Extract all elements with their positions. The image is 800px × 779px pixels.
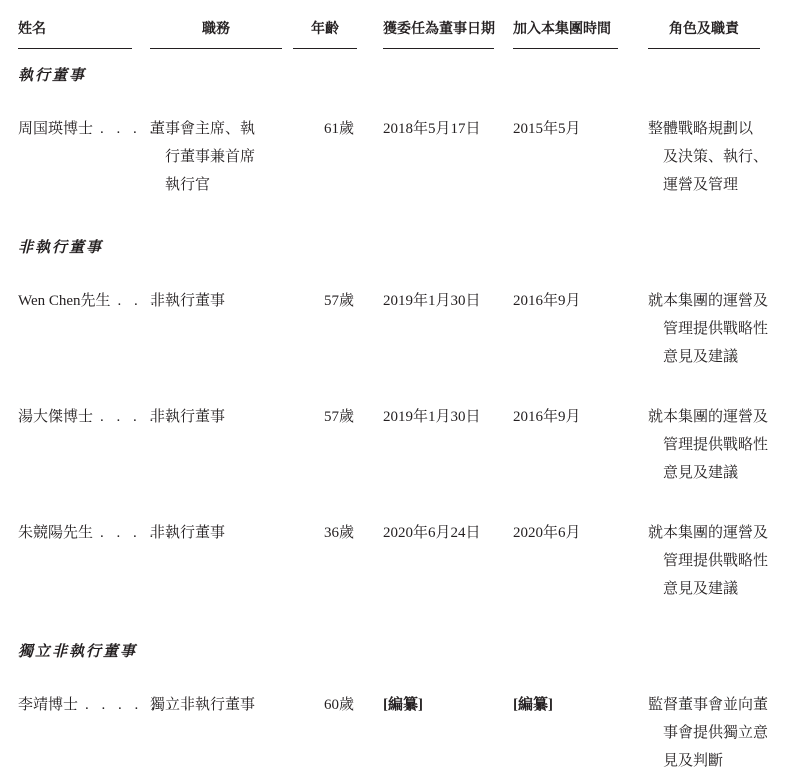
column-header-joined-date: 加入本集團時間 bbox=[513, 20, 618, 49]
position-cell: 非執行董事 bbox=[150, 403, 282, 431]
position-cell: 獨立非執行董事 bbox=[150, 691, 282, 719]
director-name: 朱競陽先生 bbox=[18, 525, 93, 541]
name-cell: 湯大傑博士. . . . . bbox=[18, 403, 132, 431]
joined-date-cell: 2016年9月 bbox=[513, 287, 618, 315]
column-header-appointed-date: 獲委任為董事日期 bbox=[383, 20, 494, 49]
name-cell: 李靖博士. . . . . . . bbox=[18, 691, 132, 719]
text-line: 執行官 bbox=[150, 171, 282, 199]
column-header-name: 姓名 bbox=[18, 20, 132, 49]
text-line: 就本集團的運營及 bbox=[648, 519, 760, 547]
joined-date-cell: 2016年9月 bbox=[513, 403, 618, 431]
role-cell: 就本集團的運營及管理提供戰略性意見及建議 bbox=[648, 519, 760, 603]
age-cell: 57歲 bbox=[293, 287, 357, 315]
text-line: 管理提供戰略性 bbox=[648, 315, 760, 343]
name-cell: 朱競陽先生. . . . . bbox=[18, 519, 132, 547]
section-title: 非執行董事 bbox=[18, 239, 778, 257]
name-cell: Wen Chen先生. . . bbox=[18, 287, 132, 315]
age-cell: 36歲 bbox=[293, 519, 357, 547]
role-cell: 就本集團的運營及管理提供戰略性意見及建議 bbox=[648, 403, 760, 487]
director-name: Wen Chen先生 bbox=[18, 293, 111, 309]
position-cell: 董事會主席、執行董事兼首席執行官 bbox=[150, 115, 282, 199]
name-cell: 周国瑛博士. . . . . bbox=[18, 115, 132, 143]
joined-date-cell: 2020年6月 bbox=[513, 519, 618, 547]
column-header-age: 年齡 bbox=[293, 20, 357, 49]
age-cell: 57歲 bbox=[293, 403, 357, 431]
director-name: 湯大傑博士 bbox=[18, 409, 93, 425]
joined-date-cell: [編纂] bbox=[513, 691, 618, 719]
text-line: 監督董事會並向董 bbox=[648, 691, 760, 719]
column-header-role: 角色及職責 bbox=[648, 20, 760, 49]
role-cell: 整體戰略規劃以及決策、執行、運營及管理 bbox=[648, 115, 760, 199]
table-row: 湯大傑博士. . . . .非執行董事57歲2019年1月30日2016年9月就… bbox=[18, 403, 778, 487]
text-line: 事會提供獨立意 bbox=[648, 719, 760, 747]
age-cell: 61歲 bbox=[293, 115, 357, 143]
redacted-placeholder: [編纂] bbox=[383, 697, 423, 713]
table-row: 李靖博士. . . . . . .獨立非執行董事60歲[編纂][編纂]監督董事會… bbox=[18, 691, 778, 775]
appointed-date-cell: 2019年1月30日 bbox=[383, 287, 494, 315]
text-line: 董事會主席、執 bbox=[150, 115, 282, 143]
text-line: 行董事兼首席 bbox=[150, 143, 282, 171]
text-line: 見及判斷 bbox=[648, 747, 760, 775]
text-line: 意見及建議 bbox=[648, 343, 760, 371]
table-row: 周国瑛博士. . . . .董事會主席、執行董事兼首席執行官61歲2018年5月… bbox=[18, 115, 778, 199]
text-line: 就本集團的運營及 bbox=[648, 287, 760, 315]
director-name: 周国瑛博士 bbox=[18, 121, 93, 137]
age-cell: 60歲 bbox=[293, 691, 357, 719]
directors-table-page: 姓名 職務 年齡 獲委任為董事日期 加入本集團時間 角色及職責 執行董事周国瑛博… bbox=[0, 0, 778, 775]
text-line: 運營及管理 bbox=[648, 171, 760, 199]
text-line: 就本集團的運營及 bbox=[648, 403, 760, 431]
joined-date-cell: 2015年5月 bbox=[513, 115, 618, 143]
redacted-placeholder: [編纂] bbox=[513, 697, 553, 713]
director-name: 李靖博士 bbox=[18, 697, 78, 713]
role-cell: 監督董事會並向董事會提供獨立意見及判斷 bbox=[648, 691, 760, 775]
table-row: 朱競陽先生. . . . .非執行董事36歲2020年6月24日2020年6月就… bbox=[18, 519, 778, 603]
text-line: 管理提供戰略性 bbox=[648, 431, 760, 459]
column-header-position: 職務 bbox=[150, 20, 282, 49]
text-line: 管理提供戰略性 bbox=[648, 547, 760, 575]
appointed-date-cell: 2020年6月24日 bbox=[383, 519, 494, 547]
table-header: 姓名 職務 年齡 獲委任為董事日期 加入本集團時間 角色及職責 bbox=[18, 20, 778, 49]
appointed-date-cell: 2019年1月30日 bbox=[383, 403, 494, 431]
position-cell: 非執行董事 bbox=[150, 519, 282, 547]
appointed-date-cell: [編纂] bbox=[383, 691, 494, 719]
section-title: 執行董事 bbox=[18, 67, 778, 85]
table-row: Wen Chen先生. . .非執行董事57歲2019年1月30日2016年9月… bbox=[18, 287, 778, 371]
text-line: 及決策、執行、 bbox=[648, 143, 760, 171]
section-title: 獨立非執行董事 bbox=[18, 643, 778, 661]
table-body: 執行董事周国瑛博士. . . . .董事會主席、執行董事兼首席執行官61歲201… bbox=[18, 67, 778, 775]
text-line: 意見及建議 bbox=[648, 459, 760, 487]
appointed-date-cell: 2018年5月17日 bbox=[383, 115, 494, 143]
text-line: 整體戰略規劃以 bbox=[648, 115, 760, 143]
text-line: 意見及建議 bbox=[648, 575, 760, 603]
role-cell: 就本集團的運營及管理提供戰略性意見及建議 bbox=[648, 287, 760, 371]
position-cell: 非執行董事 bbox=[150, 287, 282, 315]
